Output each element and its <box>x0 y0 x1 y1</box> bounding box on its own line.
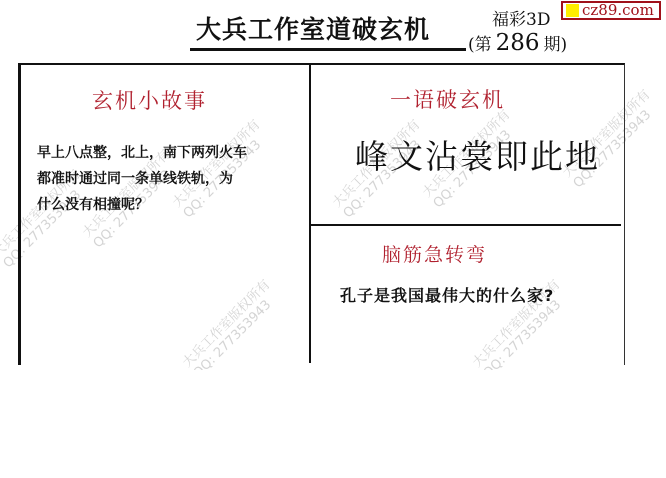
site-logo-link[interactable]: cz89.com <box>561 1 661 20</box>
brain-teaser-heading: 脑筋急转弯 <box>382 240 487 267</box>
issue-value: 286 <box>496 30 540 56</box>
story-line: 早上八点整，北上，南下两列火车 <box>37 140 297 166</box>
lottery-type-label: 福彩3D <box>492 5 550 30</box>
story-text: 早上八点整，北上，南下两列火车 都准时通过同一条单线铁轨，为 什么没有相撞呢？ <box>37 140 297 218</box>
issue-number: (第286期) <box>468 30 567 56</box>
riddle-heading: 一语破玄机 <box>390 84 505 114</box>
story-line: 都准时通过同一条单线铁轨，为 <box>37 166 297 192</box>
vertical-divider <box>309 63 311 363</box>
story-line: 什么没有相撞呢？ <box>37 192 297 218</box>
issue-suffix: 期) <box>544 35 568 55</box>
story-heading: 玄机小故事 <box>92 85 207 115</box>
brain-teaser-question: 孔子是我国最伟大的什么家? <box>340 283 554 306</box>
title-underline <box>190 48 466 51</box>
site-logo-text: cz89.com <box>582 3 654 18</box>
riddle-answer: 峰文沾裳即此地 <box>355 131 600 178</box>
horizontal-divider <box>311 224 621 226</box>
square-icon <box>566 4 579 17</box>
issue-prefix: (第 <box>468 35 492 55</box>
page-title: 大兵工作室道破玄机 <box>196 10 430 46</box>
